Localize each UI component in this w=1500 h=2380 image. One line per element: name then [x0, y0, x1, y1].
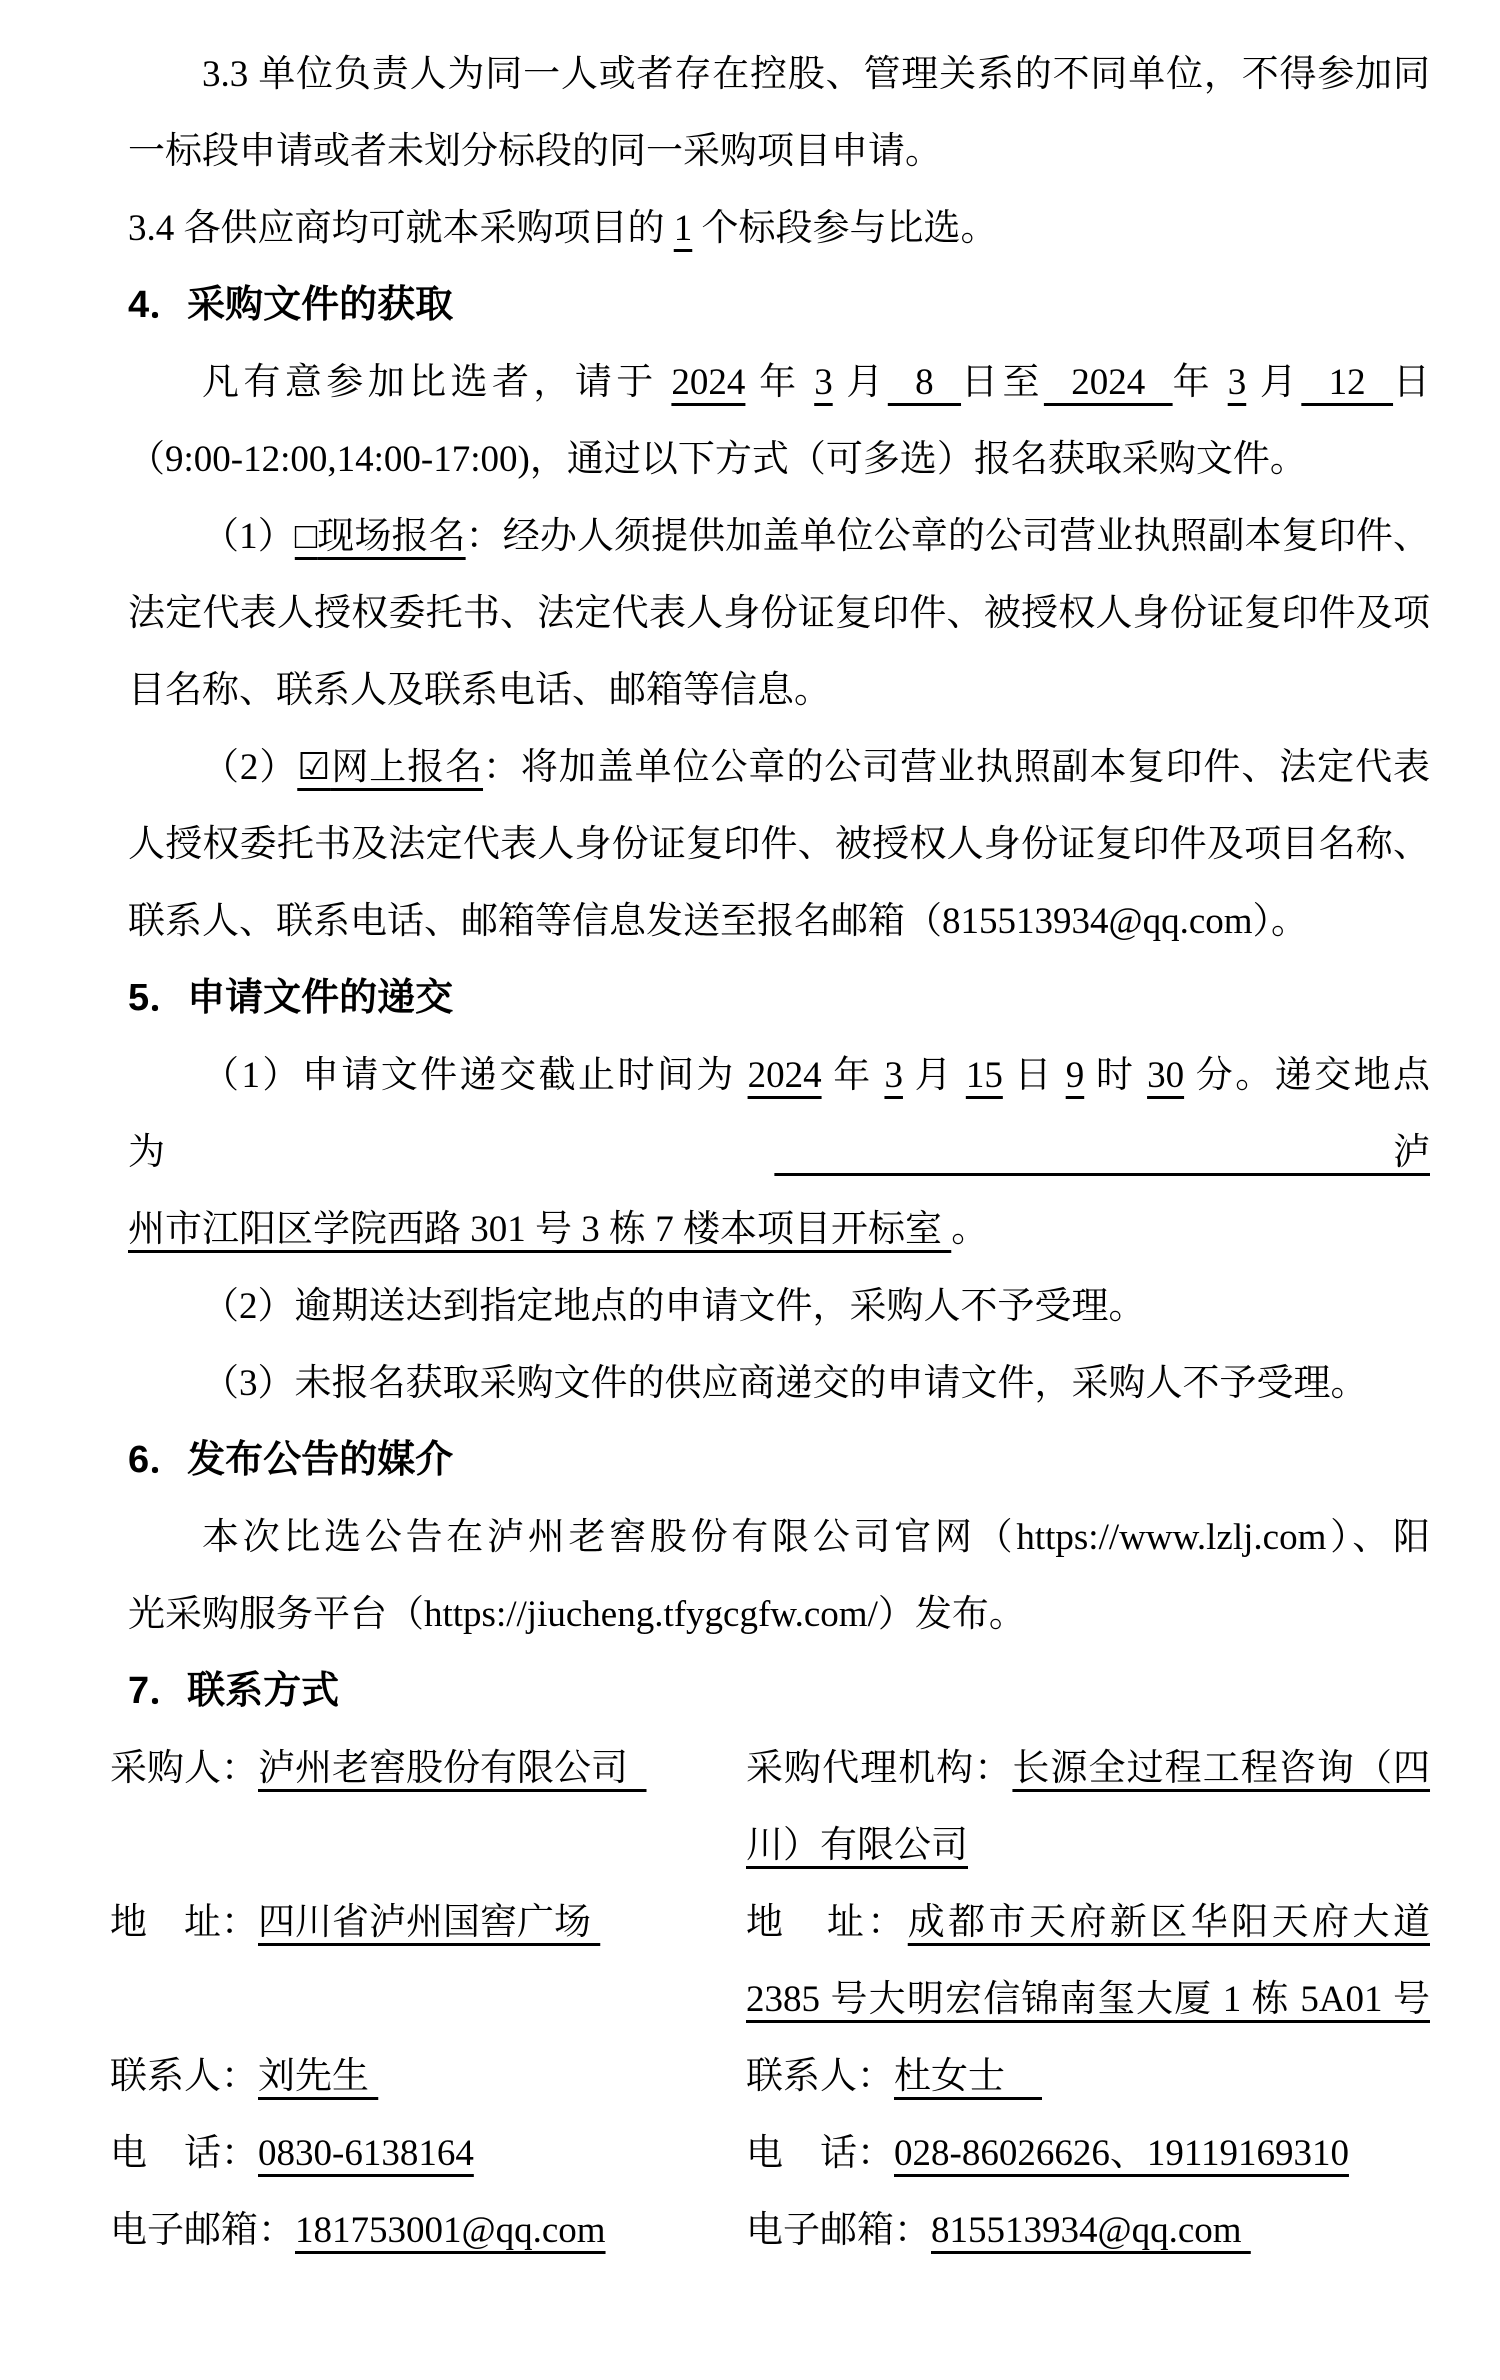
text-segment: 联系人、联系电话、邮箱等信息发送至报名邮箱（ [128, 901, 942, 942]
text-segment: 2024 [748, 1055, 822, 1096]
paragraph-line: 一标段申请或者未划分标段的同一采购项目申请。 [128, 113, 1430, 190]
contact-label: 联系人： [746, 2056, 894, 2097]
contact-line: 电 话：0830-6138164 [110, 2115, 746, 2192]
text-segment: 3 [884, 1055, 903, 1096]
text-segment: 8 [888, 362, 961, 403]
paragraph-line: 人授权委托书及法定代表人身份证复印件、被授权人身份证复印件及项目名称、 [128, 806, 1430, 883]
text-segment: 网上报名 [330, 747, 483, 788]
contact-value: 成都市天府新区华阳天府大道 [908, 1902, 1430, 1943]
paragraph-line: （3）未报名获取采购文件的供应商递交的申请文件，采购人不予受理。 [128, 1345, 1430, 1422]
text-segment: 5．申请文件的递交 [128, 977, 453, 1019]
text-segment: 3.4 各供应商均可就本采购项目的 [128, 208, 674, 249]
text-segment: 法定代表人授权委托书、法定代表人身份证复印件、被授权人身份证复印件及项 [128, 593, 1430, 634]
paragraph-line: 3.4 各供应商均可就本采购项目的 1 个标段参与比选。 [128, 190, 1430, 267]
paragraph-line: 州市江阳区学院西路 301 号 3 栋 7 楼本项目开标室 。 [128, 1191, 1430, 1268]
contact-value: 四川省泸州国窖广场 [258, 1902, 600, 1943]
contact-cell-right: 采购代理机构：长源全过程工程咨询（四川）有限公司 [746, 1730, 1430, 1884]
contact-label: 电子邮箱： [110, 2210, 295, 2251]
text-segment: ：经办人须提供加盖单位公章的公司营业执照副本复印件、 [466, 516, 1430, 557]
contact-cell-right: 地 址：成都市天府新区华阳天府大道2385 号大明宏信锦南玺大厦 1 栋 5A0… [746, 1884, 1430, 2038]
text-segment: 人授权委托书及法定代表人身份证复印件、被授权人身份证复印件及项目名称、 [128, 824, 1430, 865]
section-heading-6: 6．发布公告的媒介 [128, 1422, 1430, 1499]
contact-cell-left: 电子邮箱：181753001@qq.com [110, 2192, 746, 2269]
url-text: https://www.lzlj.com [1016, 1517, 1326, 1558]
text-segment: 4．采购文件的获取 [128, 284, 453, 326]
text-segment: 年 [822, 1055, 885, 1096]
text-segment: ）、阳 [1326, 1517, 1430, 1558]
text-segment: （1） [202, 516, 295, 557]
contact-cell-right: 电 话：028-86026626、19119169310 [746, 2115, 1430, 2192]
contact-label: 地 址： [110, 1902, 258, 1943]
text-segment: 3 [814, 362, 833, 403]
text-segment: ：将加盖单位公章的公司营业执照副本复印件、法定代表 [483, 747, 1430, 788]
contact-label: 采购人： [110, 1748, 258, 1789]
text-segment: （2） [202, 747, 297, 788]
contact-label: 联系人： [110, 2056, 258, 2097]
paragraph-line: 凡有意参加比选者，请于 2024 年 3 月 8 日至 2024 年 3 月 1… [128, 344, 1430, 421]
text-segment: 日 [1003, 1055, 1066, 1096]
paragraph-line: （1）申请文件递交截止时间为 2024 年 3 月 15 日 9 时 30 分。… [128, 1037, 1430, 1191]
contact-value: 2385 号大明宏信锦南玺大厦 1 栋 5A01 号 [746, 1979, 1430, 2020]
text-segment: 年 [1173, 362, 1228, 403]
text-segment: 凡有意参加比选者，请于 [202, 362, 671, 403]
contact-value: 杜女士 [894, 2056, 1042, 2097]
text-segment: 15 [966, 1055, 1003, 1096]
text-segment: 个标段参与比选。 [692, 208, 997, 249]
text-segment: 12 [1301, 362, 1393, 403]
text-segment: ）发布。 [878, 1594, 1026, 1635]
contact-line: 采购人：泸州老窖股份有限公司 [110, 1730, 746, 1807]
document-page: 3.3 单位负责人为同一人或者存在控股、管理关系的不同单位，不得参加同一标段申请… [0, 0, 1500, 2380]
text-segment: （1）申请文件递交截止时间为 [202, 1055, 748, 1096]
contact-line: 地 址：成都市天府新区华阳天府大道 [746, 1884, 1430, 1961]
section-heading-5: 5．申请文件的递交 [128, 960, 1430, 1037]
document-body: 3.3 单位负责人为同一人或者存在控股、管理关系的不同单位，不得参加同一标段申请… [110, 36, 1430, 1730]
checkbox-unchecked-icon: □ [295, 516, 317, 557]
text-segment: 现场报名 [317, 516, 465, 557]
contact-cell-left: 采购人：泸州老窖股份有限公司 [110, 1730, 746, 1884]
contact-line: 电子邮箱：815513934@qq.com [746, 2192, 1430, 2269]
text-segment: 9 [1066, 1055, 1085, 1096]
paragraph-line: （1）□现场报名：经办人须提供加盖单位公章的公司营业执照副本复印件、 [128, 498, 1430, 575]
contact-label: 地 址： [746, 1902, 908, 1943]
text-segment: 月 [903, 1055, 966, 1096]
checkbox-checked-icon: ☑ [297, 747, 330, 788]
contact-line: 2385 号大明宏信锦南玺大厦 1 栋 5A01 号 [746, 1961, 1430, 2038]
contact-grid: 采购人：泸州老窖股份有限公司 采购代理机构：长源全过程工程咨询（四川）有限公司地… [110, 1730, 1430, 2269]
contact-line: 电子邮箱：181753001@qq.com [110, 2192, 746, 2269]
contact-value: 0830-6138164 [258, 2133, 474, 2174]
text-segment: 。 [951, 1209, 988, 1250]
text-segment: 1 [674, 208, 693, 249]
text-segment: 泸 [774, 1132, 1430, 1173]
contact-label: 采购代理机构： [746, 1748, 1012, 1789]
text-segment: （3）未报名获取采购文件的供应商递交的申请文件，采购人不予受理。 [202, 1363, 1368, 1404]
text-segment: 2024 [671, 362, 745, 403]
text-segment: 7．联系方式 [128, 1670, 339, 1712]
paragraph-line: 法定代表人授权委托书、法定代表人身份证复印件、被授权人身份证复印件及项 [128, 575, 1430, 652]
text-segment: 6．发布公告的媒介 [128, 1439, 453, 1481]
email-text: 181753001@qq.com [295, 2210, 606, 2251]
url-text: https://jiucheng.tfygcgfw.com/ [424, 1594, 878, 1635]
contact-cell-left: 地 址：四川省泸州国窖广场 [110, 1884, 746, 2038]
contact-cell-left: 联系人：刘先生 [110, 2038, 746, 2115]
text-segment: 时 [1084, 1055, 1147, 1096]
text-segment: 州市江阳区学院西路 301 号 3 栋 7 楼本项目开标室 [128, 1209, 951, 1250]
paragraph-line: （9:00-12:00,14:00-17:00)，通过以下方式（可多选）报名获取… [128, 421, 1430, 498]
paragraph-line: 本次比选公告在泸州老窖股份有限公司官网（https://www.lzlj.com… [128, 1499, 1430, 1576]
contact-cell-left: 电 话：0830-6138164 [110, 2115, 746, 2192]
contact-cell-right: 联系人：杜女士 [746, 2038, 1430, 2115]
contact-label: 电子邮箱： [746, 2210, 931, 2251]
text-segment: 本次比选公告在泸州老窖股份有限公司官网（ [202, 1517, 1016, 1558]
paragraph-line: 目名称、联系人及联系电话、邮箱等信息。 [128, 652, 1430, 729]
text-segment: 月 [1246, 362, 1301, 403]
paragraph-line: 3.3 单位负责人为同一人或者存在控股、管理关系的不同单位，不得参加同 [128, 36, 1430, 113]
email-text: 815513934@qq.com [931, 2210, 1251, 2251]
text-segment: ）。 [1253, 901, 1309, 942]
text-segment: 月 [833, 362, 888, 403]
text-segment: 3.3 单位负责人为同一人或者存在控股、管理关系的不同单位，不得参加同 [202, 54, 1430, 95]
contact-value: 028-86026626、19119169310 [894, 2133, 1349, 2174]
document-content: 3.3 单位负责人为同一人或者存在控股、管理关系的不同单位，不得参加同一标段申请… [0, 0, 1500, 2269]
contact-value: 川）有限公司 [746, 1825, 968, 1866]
contact-value: 泸州老窖股份有限公司 [258, 1748, 647, 1789]
paragraph-line: 联系人、联系电话、邮箱等信息发送至报名邮箱（815513934@qq.com）。 [128, 883, 1430, 960]
section-heading-7: 7．联系方式 [128, 1653, 1430, 1730]
text-segment: 3 [1228, 362, 1247, 403]
paragraph-line: （2）逾期送达到指定地点的申请文件，采购人不予受理。 [128, 1268, 1430, 1345]
text-segment: 目名称、联系人及联系电话、邮箱等信息。 [128, 670, 831, 711]
contact-value: 刘先生 [258, 2056, 378, 2097]
email-text: 815513934@qq.com [942, 901, 1253, 942]
paragraph-line: 光采购服务平台（https://jiucheng.tfygcgfw.com/）发… [128, 1576, 1430, 1653]
contact-label: 电 话： [746, 2133, 894, 2174]
text-segment: （2）逾期送达到指定地点的申请文件，采购人不予受理。 [202, 1286, 1146, 1327]
text-segment: 日至 [961, 362, 1044, 403]
section-heading-4: 4．采购文件的获取 [128, 267, 1430, 344]
contact-label: 电 话： [110, 2133, 258, 2174]
contact-line: 电 话：028-86026626、19119169310 [746, 2115, 1430, 2192]
contact-line: 采购代理机构：长源全过程工程咨询（四 [746, 1730, 1430, 1807]
text-segment: 30 [1147, 1055, 1184, 1096]
text-segment: 光采购服务平台（ [128, 1594, 424, 1635]
text-segment: 日 [1393, 362, 1430, 403]
contact-line: 联系人：刘先生 [110, 2038, 746, 2115]
contact-line: 川）有限公司 [746, 1807, 1430, 1884]
contact-line: 联系人：杜女士 [746, 2038, 1430, 2115]
text-segment: 一标段申请或者未划分标段的同一采购项目申请。 [128, 131, 942, 172]
text-segment: 年 [745, 362, 814, 403]
text-segment: （9:00-12:00,14:00-17:00)，通过以下方式（可多选）报名获取… [128, 439, 1307, 480]
paragraph-line: （2）☑网上报名：将加盖单位公章的公司营业执照副本复印件、法定代表 [128, 729, 1430, 806]
contact-value: 长源全过程工程咨询（四 [1012, 1748, 1430, 1789]
text-segment: 2024 [1044, 362, 1173, 403]
contact-cell-right: 电子邮箱：815513934@qq.com [746, 2192, 1430, 2269]
contact-line: 地 址：四川省泸州国窖广场 [110, 1884, 746, 1961]
